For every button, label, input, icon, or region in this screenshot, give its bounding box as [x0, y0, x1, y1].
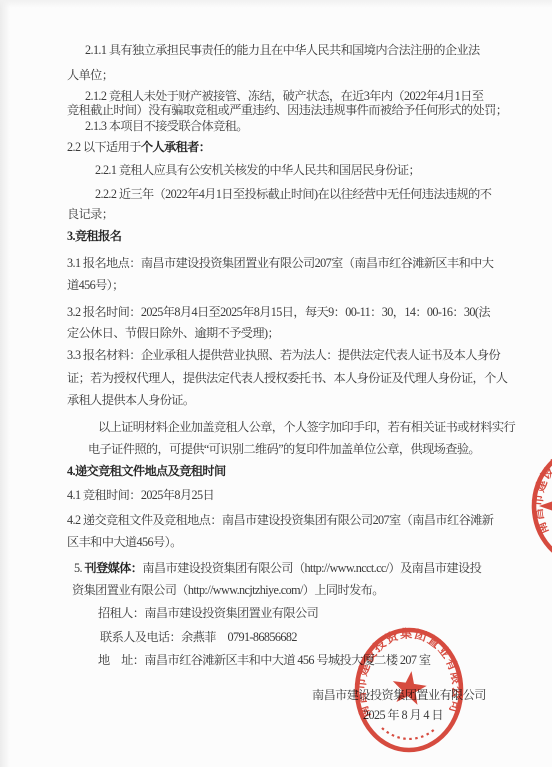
section-4-heading: 4.递交竞租文件地点及竞租时间	[67, 460, 512, 482]
clause-2-1-1-line1: 2.1.1 具有独立承担民事责任的能力且在中华人民共和国境内合法注册的企业法	[67, 39, 512, 61]
scanned-document-page: 2.1.1 具有独立承担民事责任的能力且在中华人民共和国境内合法注册的企业法 人…	[0, 0, 552, 767]
edge-seal: 南昌市建设投资集团置业有限公司	[512, 442, 552, 576]
signature-date: 2025 年 8 月 4 日	[67, 704, 512, 726]
clause-2-1-1-line2: 人单位；	[67, 64, 512, 86]
edge-star-icon	[534, 477, 552, 530]
clause-4-1: 4.1 竞租时间：2025年8月25日	[67, 484, 512, 506]
section-5-line2: 资集团置业有限公司（http://www.ncjtzhiye.com/）上同时发…	[67, 579, 512, 601]
section-5-line1: 5. 刊登媒体：南昌市建设投资集团有限公司（http://www.ncct.cc…	[67, 557, 512, 579]
document-content: 2.1.1 具有独立承担民事责任的能力且在中华人民共和国境内合法注册的企业法 人…	[67, 39, 512, 726]
clause-3-2-line1: 3.2 报名时间：2025年8月4日至2025年8月15日，每天9：00-11：…	[67, 301, 512, 323]
scan-top-shade	[0, 0, 552, 8]
section-3-heading: 3.竞租报名	[67, 225, 512, 247]
edge-seal-company-textpath: 南昌市建设投资集团置业有限公司	[530, 443, 552, 537]
clause-3-3-line3: 承租人提供本人身份证。	[67, 389, 512, 411]
clause-3-1-line1: 3.1 报名地点：南昌市建设投资集团置业有限公司207室（南昌市红谷滩新区丰和中…	[67, 252, 512, 274]
clause-2-2-prefix: 2.2 以下适用于	[67, 140, 141, 154]
clause-2-2-2-line1: 2.2.2 近三年（2022年4月1日至投标截止时间)在以往经营中无任何违法违规…	[67, 183, 512, 205]
clause-3-3-line1: 3.3 报名材料：企业承租人提供营业执照、若为法人：提供法定代表人证书及本人身份	[67, 344, 512, 366]
signature-company: 南昌市建设投资集团置业有限公司	[67, 684, 512, 706]
scan-edge-shade	[0, 0, 10, 767]
section-5-number: 5.	[74, 561, 84, 575]
clause-3-2-line2: 定公休日、节假日除外、逾期不予受理)；	[67, 322, 512, 344]
edge-seal-company-text: 南昌市建设投资集团置业有限公司	[530, 443, 552, 537]
seal-serial-marks	[382, 728, 436, 739]
clause-2-2-heading: 2.2 以下适用于个人承租者：	[67, 136, 512, 158]
clause-3-1-line2: 道456号）；	[67, 274, 512, 296]
section-5-bold: 刊登媒体：	[84, 561, 142, 575]
address-line: 地 址：南昌市红谷滩新区丰和中大道 456 号城投大厦二楼 207 室	[67, 649, 512, 671]
clause-4-2-line1: 4.2 递交竞租文件及竞租地点：南昌市建设投资集团有限公司207室（南昌市红谷滩…	[67, 509, 512, 531]
clause-2-2-bold: 个人承租者：	[141, 140, 211, 154]
edge-seal-ring	[534, 448, 552, 564]
clause-2-2-1: 2.2.1 竞租人应具有公安机关核发的中华人民共和国居民身份证；	[67, 159, 512, 181]
materials-note-line1: 以上证明材料企业加盖竞租人公章，个人签字加印手印，若有相关证书或材料实行	[67, 416, 512, 438]
clause-2-2-2-line2: 良记录；	[67, 203, 512, 225]
clause-3-3-line2: 证；若为授权代理人，提供法定代表人授权委托书、本人身份证及代理人身份证，个人	[67, 367, 512, 389]
materials-note-line2: 电子证件照的，可提供“可识别二维码”的复印件加盖单位公章，供现场查验。	[67, 438, 512, 460]
contact-line: 联系人及电话：余燕菲 0791-86856682	[67, 626, 512, 648]
lessor-line: 招租人：南昌市建设投资集团置业有限公司	[67, 602, 512, 624]
section-5-rest: 南昌市建设投资集团有限公司（http://www.ncct.cc/）及南昌市建设…	[142, 561, 481, 575]
clause-4-2-line2: 区丰和中大道456号）。	[67, 531, 512, 553]
